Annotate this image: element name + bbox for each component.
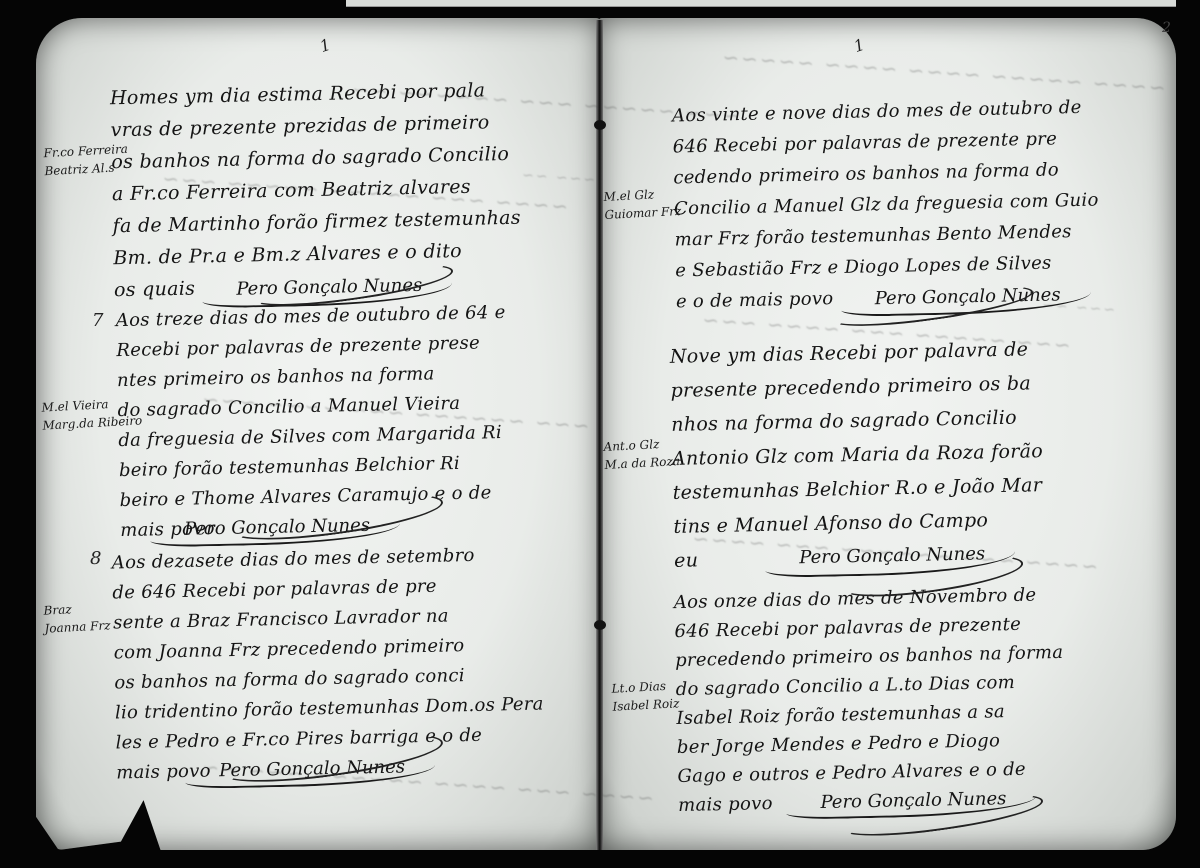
margin-note-names: M.el Glz Guiomar Frz [603,184,682,224]
margin-bride: Isabel Roiz [612,696,680,713]
margin-groom: M.el Vieira [41,397,109,414]
book-spine [596,20,603,850]
binding-thread-knot [594,620,606,630]
film-edge-strip [346,0,1176,7]
margin-note-names: Ant.o Glz M.a da Roza [603,434,680,474]
corner-page-number: 2 [1162,20,1171,36]
margin-groom: Ant.o Glz [603,437,659,454]
entry-marker: 8 [90,548,101,569]
margin-groom: Braz [43,602,72,617]
binding-thread-knot [594,120,606,130]
margin-bride: Joanna Frz [44,618,111,635]
margin-bride: Beatriz Al.s [44,161,115,179]
register-entry: Aos onze dias do mes de Novembro de 646 … [674,580,1067,822]
margin-bride: M.a da Roza [604,454,680,472]
entry-marker: 7 [92,310,103,331]
register-entry: Nove ym dias Recebi por palavra de prese… [670,332,1046,580]
margin-groom: M.el Glz [603,187,654,204]
margin-bride: Guiomar Frz [604,204,681,222]
register-entry: Aos vinte e nove dias do mes de outubro … [672,92,1101,321]
margin-note-names: Braz Joanna Frz [43,598,111,637]
margin-groom: Lt.o Dias [611,679,666,696]
margin-note-names: Lt.o Dias Isabel Roiz [611,676,680,715]
